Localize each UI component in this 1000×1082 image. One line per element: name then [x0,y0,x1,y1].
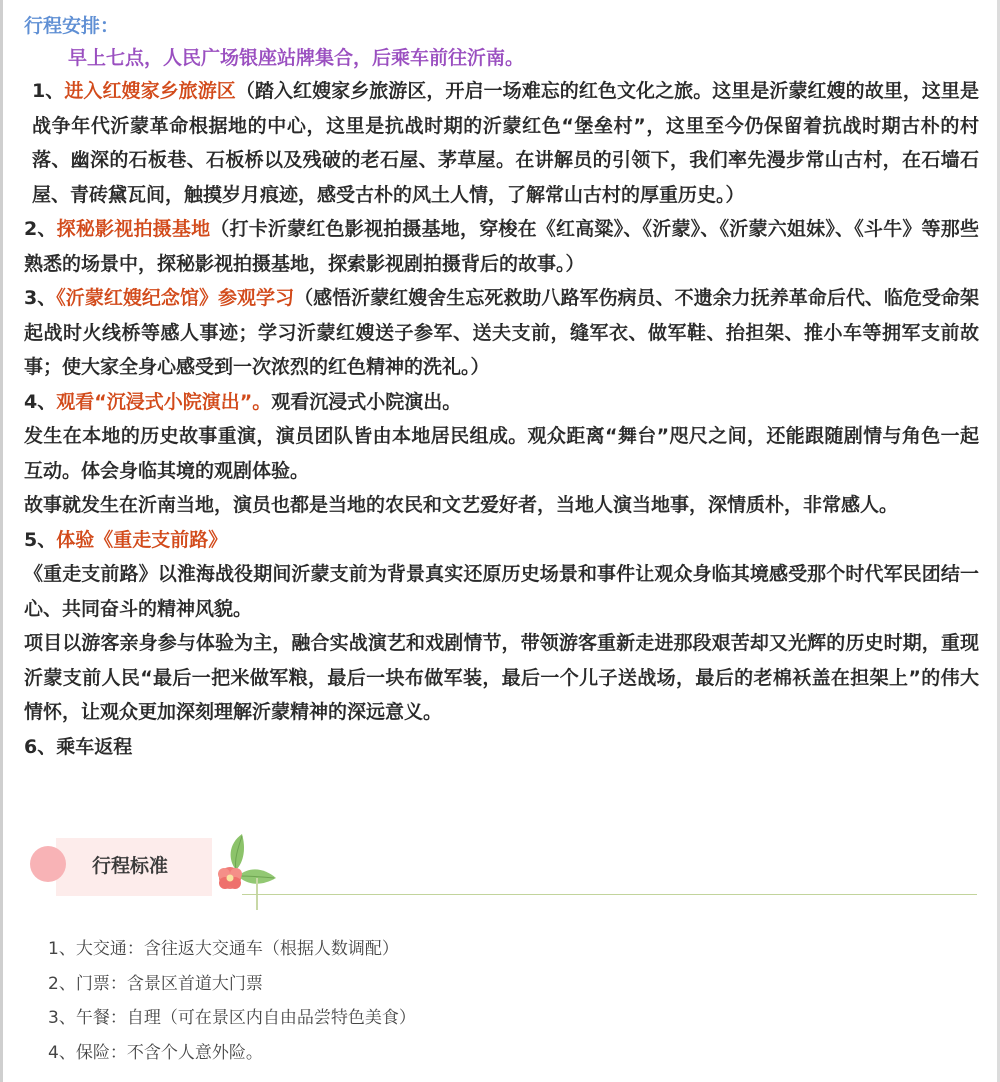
meeting-info: 早上七点，人民广场银座站牌集合，后乘车前往沂南。 [24,42,979,74]
standard-item-transport: 1、大交通：含往返大交通车（根据人数调配） [48,932,416,967]
itinerary-item-6: 6、乘车返程 [24,730,979,765]
itinerary-item-2: 2、探秘影视拍摄基地（打卡沂蒙红色影视拍摄基地，穿梭在《红高粱》、《沂蒙》、《沂… [24,212,979,281]
standard-item-tickets: 2、门票：含景区首道大门票 [48,967,416,1002]
item-body: 观看沉浸式小院演出。 [271,391,461,413]
item-5-detail-1: 《重走支前路》以淮海战役期间沂蒙支前为背景真实还原历史场景和事件让观众身临其境感… [24,557,979,626]
itinerary-section: 行程安排： 早上七点，人民广场银座站牌集合，后乘车前往沂南。 1、进入红嫂家乡旅… [24,10,979,764]
itinerary-item-5: 5、体验《重走支前路》 [24,523,979,558]
standards-list: 1、大交通：含往返大交通车（根据人数调配） 2、门票：含景区首道大门票 3、午餐… [48,932,416,1070]
standards-header: 行程标准 [30,830,980,912]
item-number: 1、 [32,80,64,102]
item-4-detail-1: 发生在本地的历史故事重演，演员团队皆由本地居民组成。观众距离“舞台”咫尺之间，还… [24,419,979,488]
item-4-detail-2: 故事就发生在沂南当地，演员也都是当地的农民和文艺爱好者，当地人演当地事，深情质朴… [24,488,979,523]
pink-circle-icon [30,846,66,882]
item-number: 3、 [24,287,56,309]
itinerary-item-1: 1、进入红嫂家乡旅游区（踏入红嫂家乡旅游区，开启一场难忘的红色文化之旅。这里是沂… [24,74,979,212]
flower-icon [198,830,288,902]
item-heading: 体验《重走支前路》 [56,529,227,551]
left-border [0,0,3,1082]
standard-item-insurance: 4、保险：不含个人意外险。 [48,1036,416,1071]
item-number: 6、 [24,736,56,758]
item-heading: 进入红嫂家乡旅游区 [64,80,236,102]
item-number: 5、 [24,529,56,551]
item-heading: 观看“沉浸式小院演出”。 [56,391,271,413]
item-heading: 探秘影视拍摄基地 [57,218,211,240]
item-5-detail-2: 项目以游客亲身参与体验为主，融合实战演艺和戏剧情节，带领游客重新走进那段艰苦却又… [24,626,979,730]
section-divider [242,894,977,895]
item-number: 2、 [24,218,57,240]
itinerary-item-3: 3、《沂蒙红嫂纪念馆》参观学习（感悟沂蒙红嫂舍生忘死救助八路军伤病员、不遗余力抚… [24,281,979,385]
standard-item-lunch: 3、午餐：自理（可在景区内自由品尝特色美食） [48,1001,416,1036]
item-heading: 《沂蒙红嫂纪念馆》参观学习 [56,287,294,309]
itinerary-title: 行程安排： [24,10,979,42]
itinerary-item-4: 4、观看“沉浸式小院演出”。观看沉浸式小院演出。 [24,385,979,420]
item-heading: 乘车返程 [56,736,132,758]
standards-title: 行程标准 [92,850,168,882]
item-number: 4、 [24,391,56,413]
